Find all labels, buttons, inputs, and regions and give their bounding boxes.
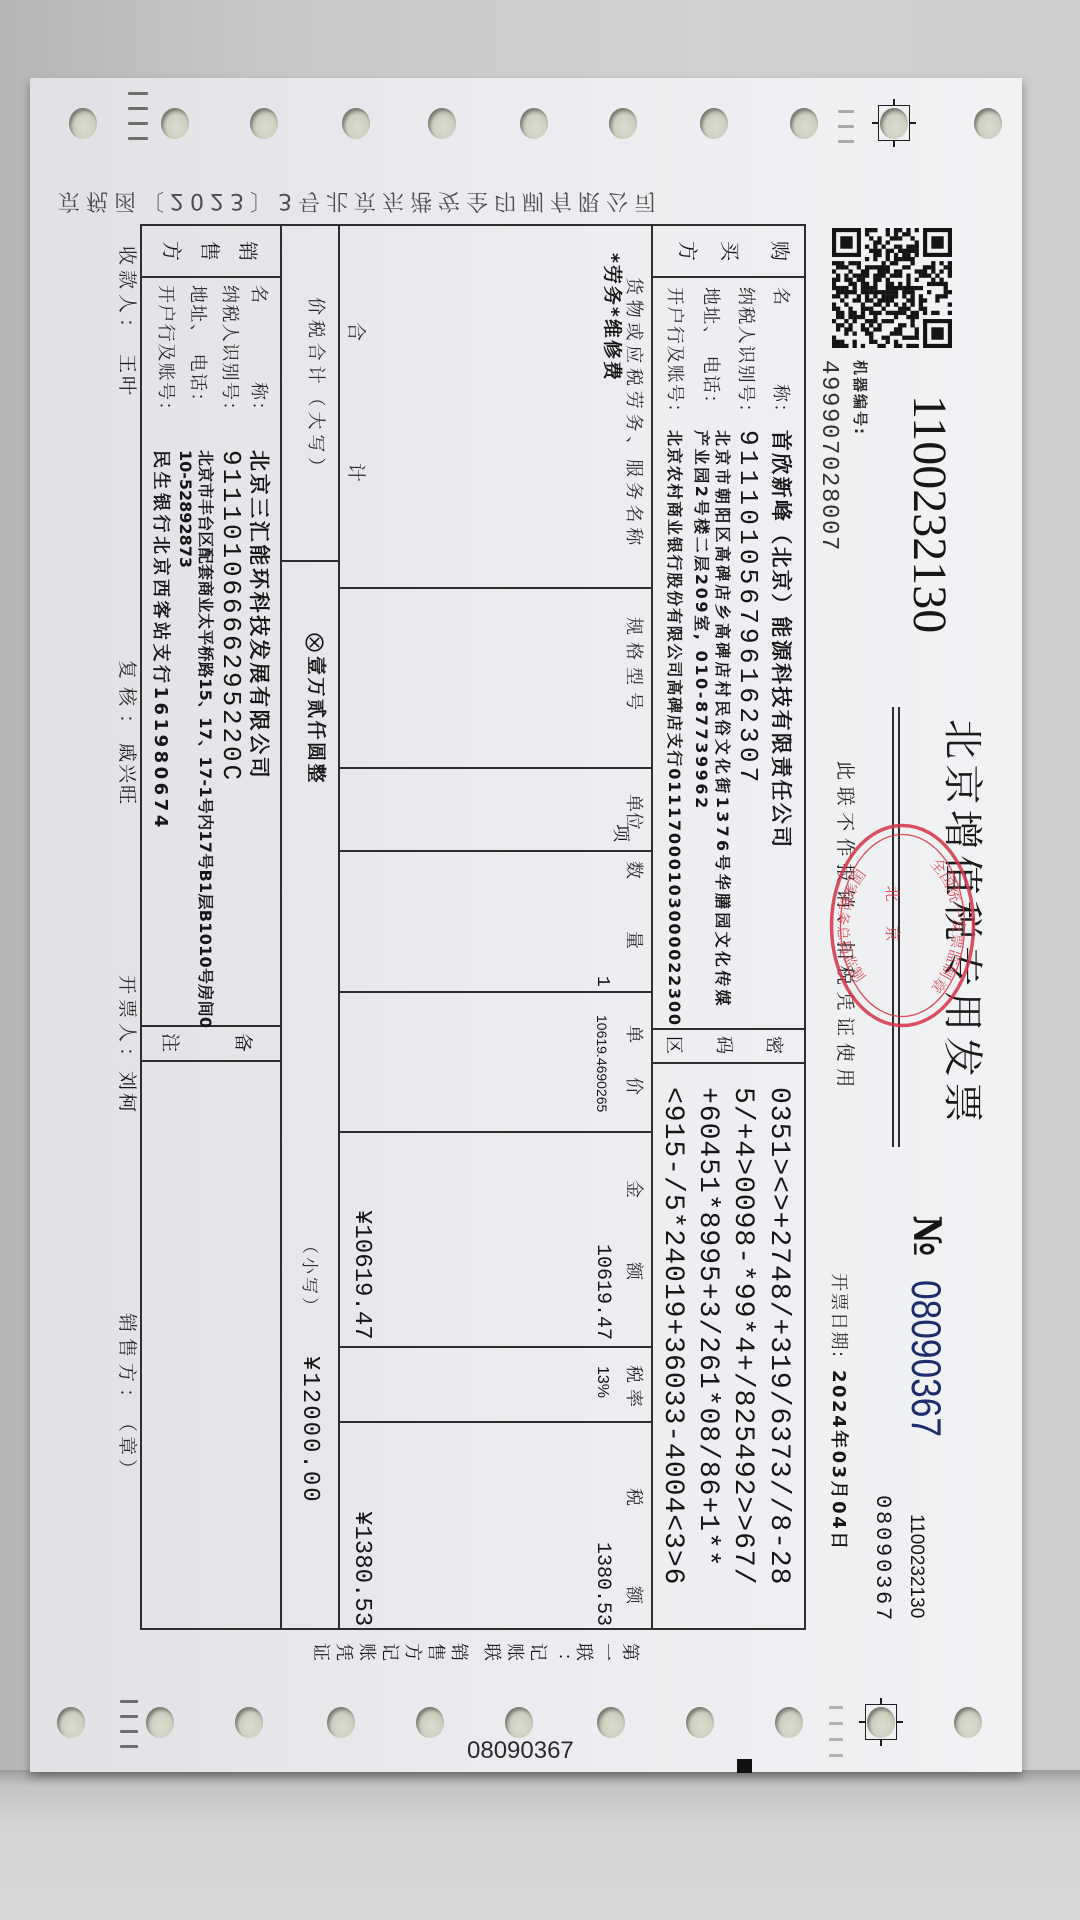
- seller-seal: （章）: [117, 1413, 136, 1482]
- alignment-tick: [893, 140, 895, 147]
- col-header-tax-rate: 税率: [624, 1365, 642, 1413]
- buyer-bank-account: 北京农村商业银行股份有限公司高碑店支行01117000103000022300: [666, 430, 682, 1027]
- rule-seller-header: [140, 276, 282, 278]
- invoice-number-small: 08090367: [871, 1495, 893, 1623]
- rule-goods-total: [339, 224, 341, 1630]
- cipher-header-char-2: 码: [714, 1036, 732, 1054]
- buyer-tax-id-label: 纳税人识别号：: [736, 287, 754, 423]
- buyer-header-char-3: 方: [678, 241, 698, 261]
- sprocket-hole: [954, 1707, 982, 1738]
- issue-date: 2024年03月04日: [829, 1370, 847, 1552]
- col-header-amount: 金额: [624, 1180, 642, 1344]
- rule-col-price: [340, 1131, 653, 1133]
- item-amount: 10619.47: [592, 1244, 612, 1340]
- rule-col-unit: [340, 850, 653, 852]
- reviewer-name: 戚兴旺: [117, 743, 136, 806]
- col-header-spec: 规格型号: [624, 617, 642, 717]
- payee-label: 收款人：: [117, 246, 136, 342]
- subtotal-label: 合计: [346, 322, 365, 604]
- sprocket-hole: [686, 1707, 714, 1738]
- alignment-tick: [893, 99, 895, 106]
- rule-remarks-header-right: [140, 1060, 282, 1062]
- margin-tick-mark: [829, 1754, 843, 1757]
- cipher-line-2: 5/+4>0098-*99*4+/825492>>67/: [728, 1087, 756, 1585]
- alignment-tick: [909, 122, 916, 124]
- stamp-top-text: 全国统一发票监制章: [927, 855, 968, 996]
- cipher-header-char-3: 区: [664, 1036, 682, 1054]
- item-name: *劳务*维修费: [602, 253, 621, 382]
- sprocket-hole: [161, 108, 189, 139]
- seller-address-label: 地址、 电话：: [188, 285, 206, 412]
- margin-tick-mark: [120, 1700, 138, 1703]
- rule-total-seller: [281, 224, 283, 1630]
- qr-code-icon: [832, 228, 952, 348]
- invoice-paper: 1100232130 机器编号: 499907028007 北京增值税专用发票 …: [30, 78, 1022, 1772]
- stamp-top-text-line: 全国统一发票监制章: [927, 855, 968, 996]
- alignment-tick: [872, 122, 879, 124]
- machine-number-label: 机器编号:: [852, 360, 867, 436]
- copy-purpose: 销售方记账凭证: [308, 1641, 469, 1659]
- copy-label: 第一联：记账联: [479, 1641, 640, 1659]
- bottom-serial-number: 08090367: [467, 1739, 574, 1763]
- sprocket-hole: [57, 1707, 85, 1738]
- sprocket-hole: [597, 1707, 625, 1738]
- grand-total-label: 价税合计（大写）: [306, 297, 324, 480]
- stamp-center-text: 北京: [883, 885, 902, 965]
- buyer-bank-label: 开户行及账号：: [665, 287, 683, 423]
- sprocket-hole: [146, 1707, 174, 1738]
- rule-cipher-header-left: [653, 1028, 806, 1030]
- margin-tick-mark: [838, 140, 854, 143]
- number-symbol: №: [908, 1215, 946, 1256]
- sprocket-hole: [974, 108, 1002, 139]
- sprocket-hole: [505, 1707, 533, 1738]
- alignment-tick: [880, 1698, 882, 1705]
- rule-col-name: [340, 587, 653, 589]
- item-tax-rate: 13%: [594, 1366, 610, 1398]
- invoice-number: 08090367: [905, 1280, 947, 1437]
- sprocket-hole: [609, 108, 637, 139]
- margin-tick-mark: [128, 107, 148, 110]
- margin-tick-mark: [128, 137, 148, 140]
- seller-address-line-1: 北京市丰台区配套商业太平桥路15、17、17-1号内17号B1层B1010号房间…: [197, 450, 213, 1028]
- margin-tick-mark: [829, 1706, 843, 1709]
- sprocket-hole: [69, 108, 97, 139]
- buyer-header-char-2: 买: [720, 241, 740, 261]
- issuer-label: 开票人：: [117, 975, 136, 1071]
- alignment-square: [865, 1704, 897, 1740]
- machine-number: 499907028007: [816, 360, 840, 552]
- sprocket-hole: [775, 1707, 803, 1738]
- supervision-stamp: 全国统一发票监制章 国家税务总局监制 北京: [828, 822, 977, 1029]
- buyer-name-label: 名 称：: [771, 287, 789, 423]
- invoice-code: 1100232130: [905, 395, 953, 633]
- rule-col-quantity: [340, 991, 653, 993]
- subtotal-amount: ¥10619.47: [349, 1210, 373, 1340]
- alignment-tick: [859, 1721, 866, 1723]
- circle-x-icon: [305, 633, 324, 652]
- payee-name: 王叶: [117, 354, 136, 398]
- margin-tick-mark: [120, 1745, 138, 1748]
- seller-header-char-3: 方: [162, 241, 182, 261]
- printer-note: 京税函〔2023〕3号北京东港安全印刷有限公司: [58, 189, 662, 211]
- sprocket-hole: [700, 108, 728, 139]
- seller-seal-label: 销售方：: [117, 1313, 136, 1413]
- buyer-header-char-1: 购: [770, 241, 790, 261]
- col-header-unit-price: 单价: [624, 1025, 642, 1129]
- cipher-line-3: +60451*8995+3/261*08/86+1**: [693, 1087, 721, 1568]
- margin-tick-mark: [838, 125, 854, 128]
- alignment-square: [878, 105, 910, 141]
- rule-buyer-goods: [652, 224, 654, 1630]
- margin-tick-mark: [838, 110, 854, 113]
- seller-name-label: 名 称：: [249, 285, 267, 421]
- sprocket-hole: [342, 108, 370, 139]
- invoice-code-small: 1100232130: [907, 1514, 926, 1618]
- margin-tick-mark: [120, 1715, 138, 1718]
- grand-total-in-words: 壹万贰仟圆整: [306, 656, 325, 785]
- margin-tick-mark: [120, 1730, 138, 1733]
- rule-cipher-header-right: [653, 1062, 806, 1064]
- seller-bank-account: 民生银行北京西客站支行161980674: [151, 450, 169, 831]
- issue-date-label: 开票日期:: [829, 1273, 847, 1359]
- alignment-tick: [880, 1739, 882, 1746]
- seller-tax-id: 91110106666295220C: [218, 450, 244, 783]
- margin-tick-mark: [128, 92, 148, 95]
- sprocket-hole: [250, 108, 278, 139]
- grand-total-figure-label: （小写）: [300, 1237, 317, 1317]
- sprocket-hole: [428, 108, 456, 139]
- item-tax: 1380.53: [592, 1542, 612, 1626]
- reviewer-label: 复核：: [117, 660, 136, 741]
- desk-surface: [0, 1770, 1080, 1920]
- cipher-header-char-1: 密: [764, 1036, 782, 1054]
- seller-tax-id-label: 纳税人识别号：: [220, 285, 238, 421]
- rule-col-rate: [340, 1421, 653, 1423]
- grand-total-figure: ¥12000.00: [297, 1356, 321, 1504]
- seller-bank-label: 开户行及账号：: [156, 285, 174, 421]
- buyer-address-line-2: 产业园2号楼二层209室, 010-87739962: [693, 430, 709, 811]
- remarks-header-char-1: 备: [233, 1033, 252, 1052]
- margin-tick-mark: [829, 1722, 843, 1725]
- buyer-name: 首欣新峰（北京）能源科技有限责任公司: [770, 430, 791, 849]
- seller-header-char-2: 售: [200, 241, 220, 261]
- buyer-address-label: 地址、 电话：: [701, 287, 719, 414]
- rule-total-label: [282, 560, 340, 562]
- remarks-header-char-2: 注: [160, 1033, 179, 1052]
- alignment-tick: [896, 1721, 903, 1723]
- sprocket-hole: [327, 1707, 355, 1738]
- issuer-name: 刘柯: [117, 1071, 136, 1115]
- item-quantity: 1: [593, 976, 611, 987]
- sprocket-hole: [416, 1707, 444, 1738]
- buyer-tax-id: 911101056796162307: [735, 430, 761, 786]
- rule-col-spec: [340, 767, 653, 769]
- sprocket-hole: [520, 108, 548, 139]
- margin-tick-mark: [128, 122, 148, 125]
- seller-address-line-2: 10-52892873: [177, 450, 193, 568]
- col-header-quantity: 数量: [624, 861, 642, 1001]
- sprocket-hole: [790, 108, 818, 139]
- cipher-line-1: 0351><>+2748/+319/6373//8-28: [764, 1087, 792, 1585]
- seller-header-char-1: 销: [238, 241, 258, 261]
- col-header-name: 货物或应税劳务、服务名称: [624, 277, 642, 550]
- cipher-line-4: <915-/5*24019+36033-4004<3>6: [658, 1087, 686, 1585]
- margin-tick-mark: [829, 1738, 843, 1741]
- rule-buyer-header: [653, 276, 806, 278]
- rule-col-amount: [340, 1346, 653, 1348]
- item-unit-price: 10619.4690265: [595, 1015, 609, 1112]
- registration-mark: [737, 1759, 752, 1773]
- buyer-address-line-1: 北京市朝阳区高碑店乡高碑店村民俗文化街1376号华膳园文化传媒: [714, 430, 730, 1009]
- item-unit: 项: [611, 824, 629, 842]
- subtotal-tax: ¥1380.53: [349, 1511, 373, 1626]
- seller-name: 北京三汇能环科技发展有限公司: [248, 450, 269, 780]
- sprocket-hole: [235, 1707, 263, 1738]
